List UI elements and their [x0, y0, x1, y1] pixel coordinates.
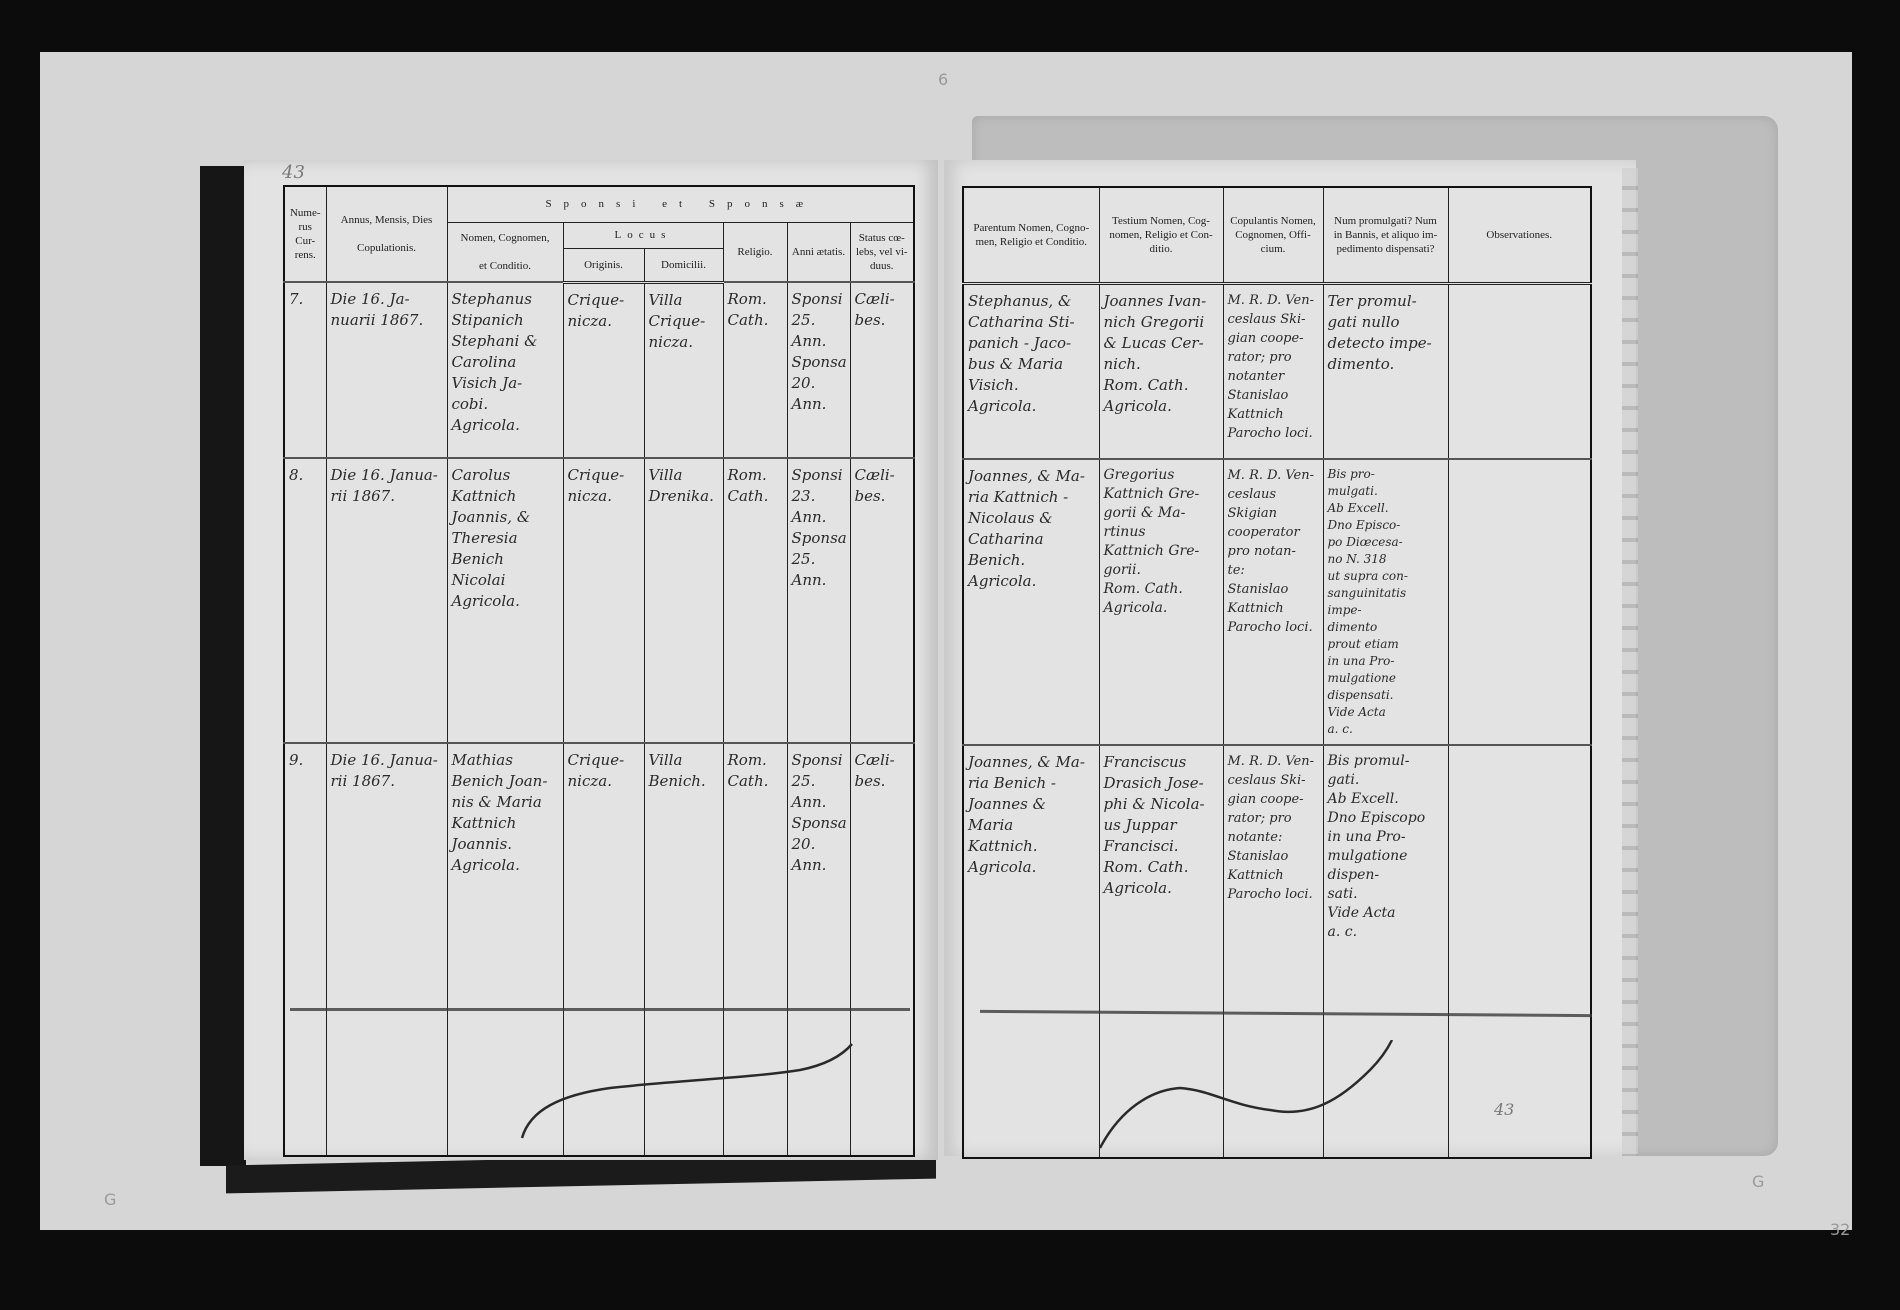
- entry-promulgati: Ter promul- gati nullo detecto impe- dim…: [1323, 283, 1448, 459]
- entry-anni: Sponsi 25. Ann. Sponsa 20. Ann.: [787, 743, 850, 1008]
- entry-anni: Sponsi 25. Ann. Sponsa 20. Ann.: [787, 282, 850, 458]
- header-observationes: Observationes.: [1448, 187, 1591, 283]
- header-copulantis: Copulantis Nomen, Cognomen, Offi- cium.: [1223, 187, 1323, 283]
- entry-nomen: Mathias Benich Joan- nis & Maria Kattnic…: [447, 743, 563, 1008]
- margin-mark-bottom-left: G: [104, 1190, 116, 1209]
- register-row: Joannes, & Ma- ria Benich - Joannes & Ma…: [963, 745, 1591, 1010]
- register-row: Joannes, & Ma- ria Kattnich - Nicolaus &…: [963, 459, 1591, 745]
- register-row: 9. Die 16. Janua- rii 1867. Mathias Beni…: [284, 743, 914, 1008]
- entry-number: 7.: [284, 282, 326, 458]
- entry-parentum: Joannes, & Ma- ria Benich - Joannes & Ma…: [963, 745, 1099, 1010]
- header-anni: Anni ætatis.: [787, 222, 850, 282]
- entry-religio: Rom. Cath.: [723, 458, 787, 743]
- entry-copulantis: M. R. D. Ven- ceslaus Ski- gian coope- r…: [1223, 283, 1323, 459]
- entry-religio: Rom. Cath.: [723, 282, 787, 458]
- header-originis: Originis.: [563, 248, 644, 282]
- register-row: 7. Die 16. Ja- nuarii 1867. Stephanus St…: [284, 282, 914, 458]
- entry-parentum: Stephanus, & Catharina Sti- panich - Jac…: [963, 283, 1099, 459]
- entry-observationes: [1448, 459, 1591, 745]
- left-register-table: Nume- rus Cur- rens. Annus, Mensis, Dies…: [283, 185, 915, 1157]
- entry-number: 8.: [284, 458, 326, 743]
- entry-religio: Rom. Cath.: [723, 743, 787, 1008]
- entry-originis: Crique- nicza.: [563, 458, 644, 743]
- closing-rule-left: [290, 1008, 910, 1011]
- entry-observationes: [1448, 283, 1591, 459]
- entry-domicilii: Villa Crique- nicza.: [644, 282, 723, 458]
- entry-copulantis: M. R. D. Ven- ceslaus Ski- gian coope- r…: [1223, 745, 1323, 1010]
- margin-mark-top: 6: [938, 70, 948, 89]
- folio-number: 43: [282, 162, 305, 183]
- entry-date: Die 16. Janua- rii 1867.: [326, 743, 447, 1008]
- header-sponsi-et-sponsae: Sponsi et Sponsæ: [447, 186, 914, 222]
- pen-flourish-left: [500, 1040, 880, 1140]
- margin-mark-bottom-right: G: [1752, 1172, 1764, 1191]
- entry-nomen: Stephanus Stipanich Stephani & Carolina …: [447, 282, 563, 458]
- entry-copulantis: M. R. D. Ven- ceslaus Skigian cooperator…: [1223, 459, 1323, 745]
- entry-domicilii: Villa Benich.: [644, 743, 723, 1008]
- header-status: Status cœ- lebs, vel vi- duus.: [850, 222, 914, 282]
- entry-originis: Crique- nicza.: [563, 282, 644, 458]
- entry-domicilii: Villa Drenika.: [644, 458, 723, 743]
- header-religio: Religio.: [723, 222, 787, 282]
- entry-testium: Gregorius Kattnich Gre- gorii & Ma- rtin…: [1099, 459, 1223, 745]
- entry-date: Die 16. Janua- rii 1867.: [326, 458, 447, 743]
- entry-testium: Franciscus Drasich Jose- phi & Nicola- u…: [1099, 745, 1223, 1010]
- entry-anni: Sponsi 23. Ann. Sponsa 25. Ann.: [787, 458, 850, 743]
- entry-promulgati: Bis promul- gati. Ab Excell. Dno Episcop…: [1323, 745, 1448, 1010]
- entry-nomen: Carolus Kattnich Joannis, & Theresia Ben…: [447, 458, 563, 743]
- margin-mark-right-edge: 32: [1830, 1220, 1850, 1239]
- entry-testium: Joannes Ivan- nich Gregorii & Lucas Cer-…: [1099, 283, 1223, 459]
- page-edge-stains: [1622, 168, 1638, 1156]
- entry-promulgati: Bis pro- mulgati. Ab Excell. Dno Episco-…: [1323, 459, 1448, 745]
- header-parentum: Parentum Nomen, Cogno- men, Religio et C…: [963, 187, 1099, 283]
- book-cover-spine: [200, 166, 246, 1166]
- entry-date: Die 16. Ja- nuarii 1867.: [326, 282, 447, 458]
- header-domicilii: Domicilii.: [644, 248, 723, 282]
- entry-parentum: Joannes, & Ma- ria Kattnich - Nicolaus &…: [963, 459, 1099, 745]
- header-annus: Annus, Mensis, Dies Copulationis.: [326, 186, 447, 282]
- header-nomen: Nomen, Cognomen, et Conditio.: [447, 222, 563, 282]
- entry-originis: Crique- nicza.: [563, 743, 644, 1008]
- entry-status: Cæli- bes.: [850, 743, 914, 1008]
- register-row: 8. Die 16. Janua- rii 1867. Carolus Katt…: [284, 458, 914, 743]
- header-locus: Locus: [563, 222, 723, 248]
- pen-flourish-right: [1070, 1040, 1430, 1150]
- header-testium: Testium Nomen, Cog- nomen, Religio et Co…: [1099, 187, 1223, 283]
- header-promulgati: Num promulgati? Num in Bannis, et aliquo…: [1323, 187, 1448, 283]
- entry-observationes: [1448, 745, 1591, 1010]
- entry-number: 9.: [284, 743, 326, 1008]
- register-row: Stephanus, & Catharina Sti- panich - Jac…: [963, 283, 1591, 459]
- entry-status: Cæli- bes.: [850, 282, 914, 458]
- header-numerus: Nume- rus Cur- rens.: [284, 186, 326, 282]
- entry-status: Cæli- bes.: [850, 458, 914, 743]
